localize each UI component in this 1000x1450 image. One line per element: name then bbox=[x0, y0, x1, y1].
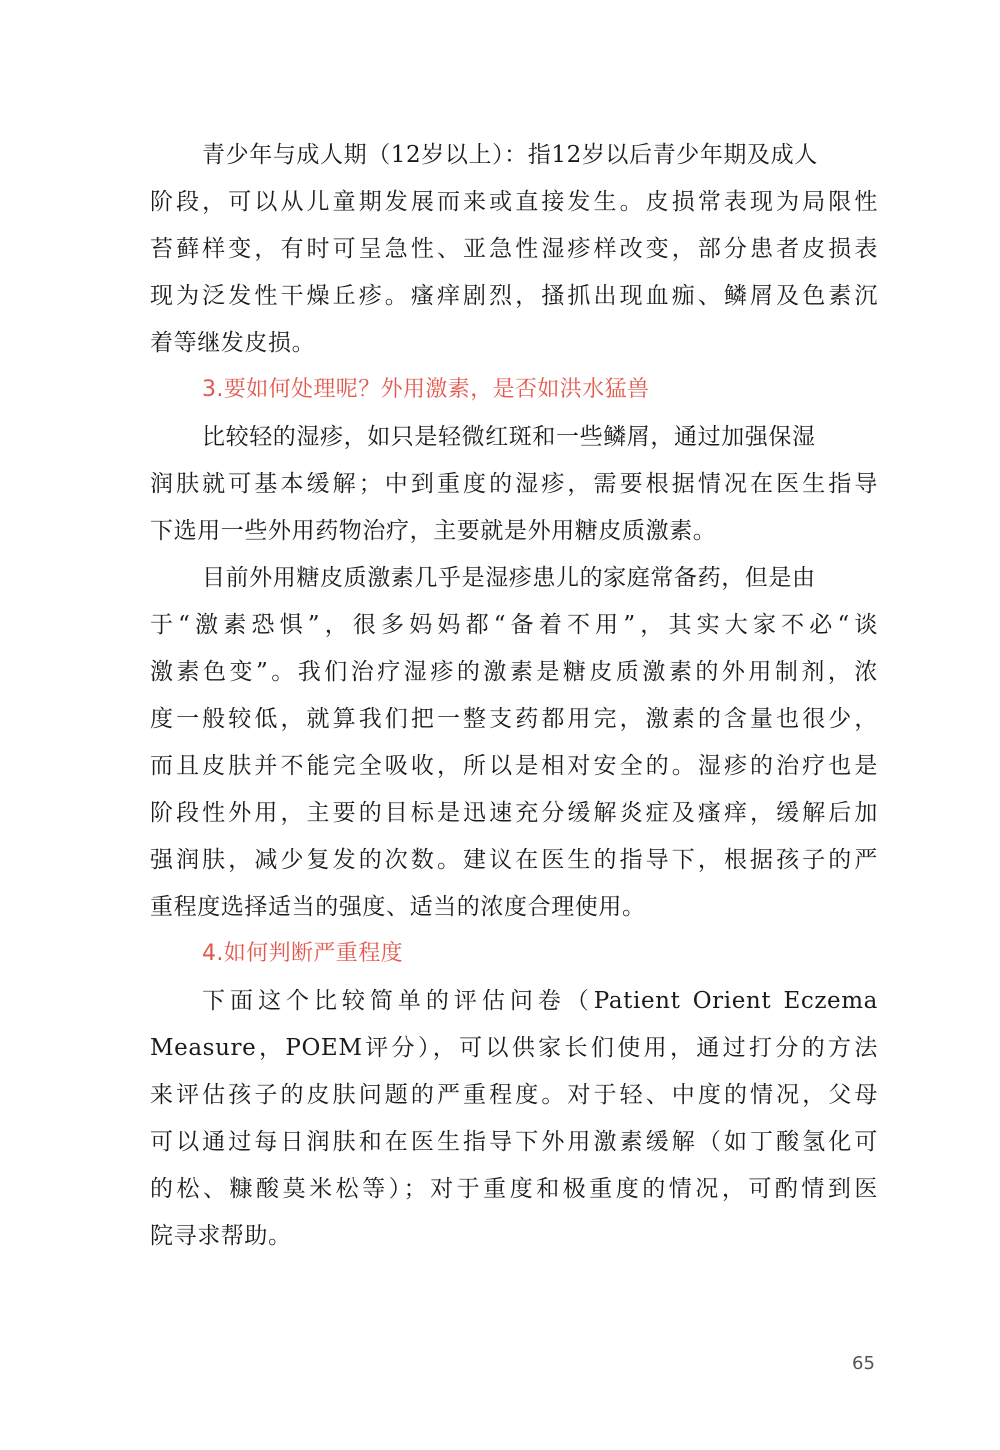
text-line: 苔藓样变，有时可呈急性、亚急性湿疹样改变，部分患者皮损表 bbox=[150, 234, 878, 264]
text-line: 来评估孩子的皮肤问题的严重程度。对于轻、中度的情况，父母 bbox=[150, 1080, 878, 1110]
text-line: 下选用一些外用药物治疗，主要就是外用糖皮质激素。 bbox=[150, 516, 716, 546]
text-line: 润肤就可基本缓解；中到重度的湿疹，需要根据情况在医生指导 bbox=[150, 469, 878, 499]
text-line: 目前外用糖皮质激素几乎是湿疹患儿的家庭常备药，但是由 bbox=[202, 563, 816, 593]
text-line: 现为泛发性干燥丘疹。瘙痒剧烈，搔抓出现血痂、鳞屑及色素沉 bbox=[150, 281, 878, 311]
text-line: 强润肤，减少复发的次数。建议在医生的指导下，根据孩子的严 bbox=[150, 845, 878, 875]
text-line: Measure，POEM评分），可以供家长们使用，通过打分的方法 bbox=[150, 1033, 878, 1063]
page-number: 65 bbox=[852, 1353, 875, 1374]
text-line: 可以通过每日润肤和在医生指导下外用激素缓解（如丁酸氢化可 bbox=[150, 1127, 878, 1157]
text-line: 度一般较低，就算我们把一整支药都用完，激素的含量也很少， bbox=[150, 704, 878, 734]
text-line: 着等继发皮损。 bbox=[150, 328, 315, 358]
text-line: 而且皮肤并不能完全吸收，所以是相对安全的。湿疹的治疗也是 bbox=[150, 751, 878, 781]
text-line: 重程度选择适当的强度、适当的浓度合理使用。 bbox=[150, 892, 646, 922]
text-line: 的松、糠酸莫米松等）；对于重度和极重度的情况，可酌情到医 bbox=[150, 1174, 878, 1204]
text-line: 比较轻的湿疹，如只是轻微红斑和一些鳞屑，通过加强保湿 bbox=[202, 422, 816, 452]
text-line: 青少年与成人期（12岁以上）：指12岁以后青少年期及成人 bbox=[202, 140, 818, 170]
text-line: 阶段，可以从儿童期发展而来或直接发生。皮损常表现为局限性 bbox=[150, 187, 878, 217]
section-heading-4: 4.如何判断严重程度 bbox=[202, 939, 403, 969]
text-line: 激素色变”。我们治疗湿疹的激素是糖皮质激素的外用制剂，浓 bbox=[150, 657, 878, 687]
text-line: 阶段性外用，主要的目标是迅速充分缓解炎症及瘙痒，缓解后加 bbox=[150, 798, 878, 828]
section-heading-3: 3.要如何处理呢？外用激素，是否如洪水猛兽 bbox=[202, 375, 649, 405]
text-line: 于“激素恐惧”，很多妈妈都“备着不用”，其实大家不必“谈 bbox=[150, 610, 878, 640]
text-line: 院寻求帮助。 bbox=[150, 1221, 292, 1251]
text-line: 下面这个比较简单的评估问卷（Patient Orient Eczema bbox=[202, 986, 878, 1016]
